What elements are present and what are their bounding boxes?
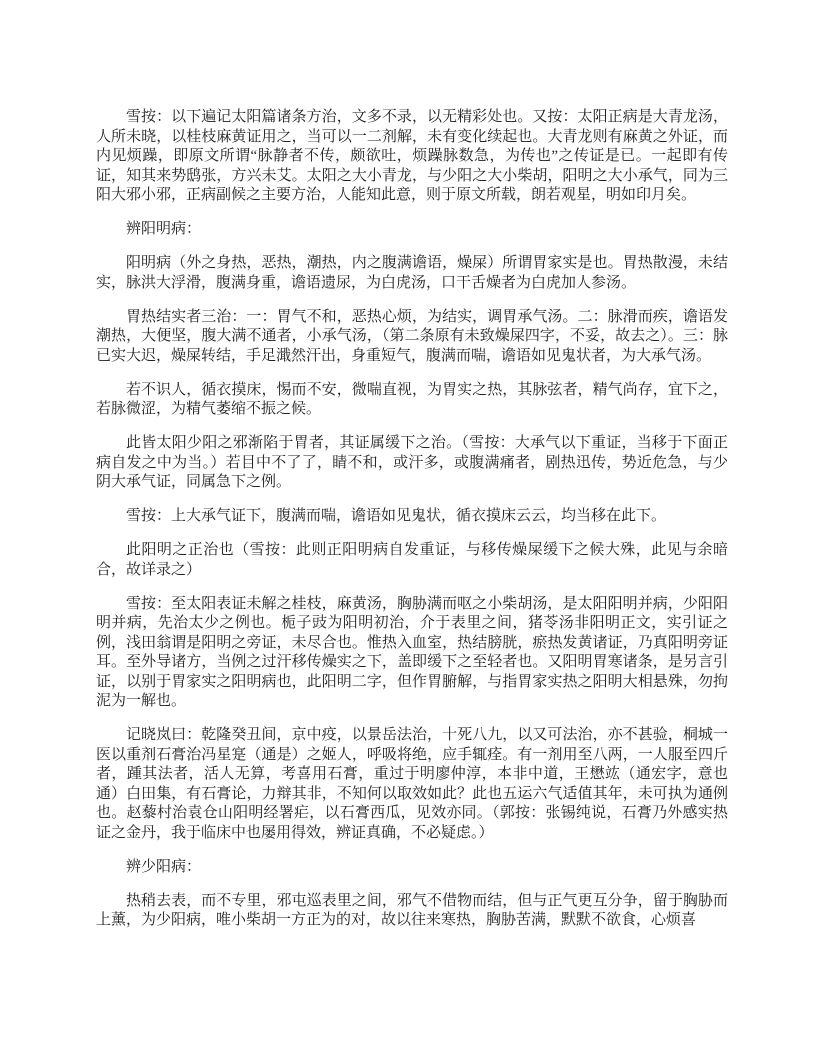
paragraph-huanxia-jixia: 此皆太阳少阳之邪渐陷于胃者，其证属缓下之治。（雪按：大承气以下重证，当移于下面正… bbox=[96, 434, 728, 493]
paragraph-xue-note-taiyang: 雪按：以下遍记太阳篇诸条方治，文多不录，以无精彩处也。又按：太阳正病是大青龙汤，… bbox=[96, 108, 728, 206]
paragraph-yangming-definition: 阳明病（外之身热，恶热，潮热，内之腹满谵语，燥屎）所谓胃家实是也。胃热散漫，未结… bbox=[96, 254, 728, 293]
paragraph-xue-note-dachengqi: 雪按：上大承气证下，腹满而喘，谵语如见鬼状，循衣摸床云云，均当移在此下。 bbox=[96, 507, 728, 527]
section-heading-yangming: 辨阳明病： bbox=[96, 220, 728, 240]
paragraph-ji-xiaolan-shigao: 记晓岚曰：乾隆癸丑间，京中疫，以景岳法治，十死八九，以又可法治，亦不甚验，桐城一… bbox=[96, 726, 728, 843]
document-page: 雪按：以下遍记太阳篇诸条方治，文多不录，以无精彩处也。又按：太阳正病是大青龙汤，… bbox=[0, 0, 816, 1056]
section-heading-shaoyang: 辨少阳病： bbox=[96, 858, 728, 878]
paragraph-ruo-bu-shi-ren: 若不识人，循衣摸床，惕而不安，微喘直视，为胃实之热，其脉弦者，精气尚存，宜下之，… bbox=[96, 381, 728, 420]
paragraph-three-treatments: 胃热结实者三治：一：胃气不和，恶热心烦，为结实，调胃承气汤。二：脉滑而疾，谵语发… bbox=[96, 308, 728, 367]
paragraph-yangming-zhengzhi: 此阳明之正治也（雪按：此则正阳明病自发重证，与移传燥屎缓下之候大殊，此见与余暗合… bbox=[96, 541, 728, 580]
paragraph-xue-note-bingbing: 雪按：至太阳表证未解之桂枝，麻黄汤，胸胁满而呕之小柴胡汤，是太阳阳明并病，少阳阳… bbox=[96, 595, 728, 712]
paragraph-shaoyang-definition: 热稍去表，而不专里，邪屯巡表里之间，邪气不借物而结，但与正气更互分争，留于胸胁而… bbox=[96, 892, 728, 931]
